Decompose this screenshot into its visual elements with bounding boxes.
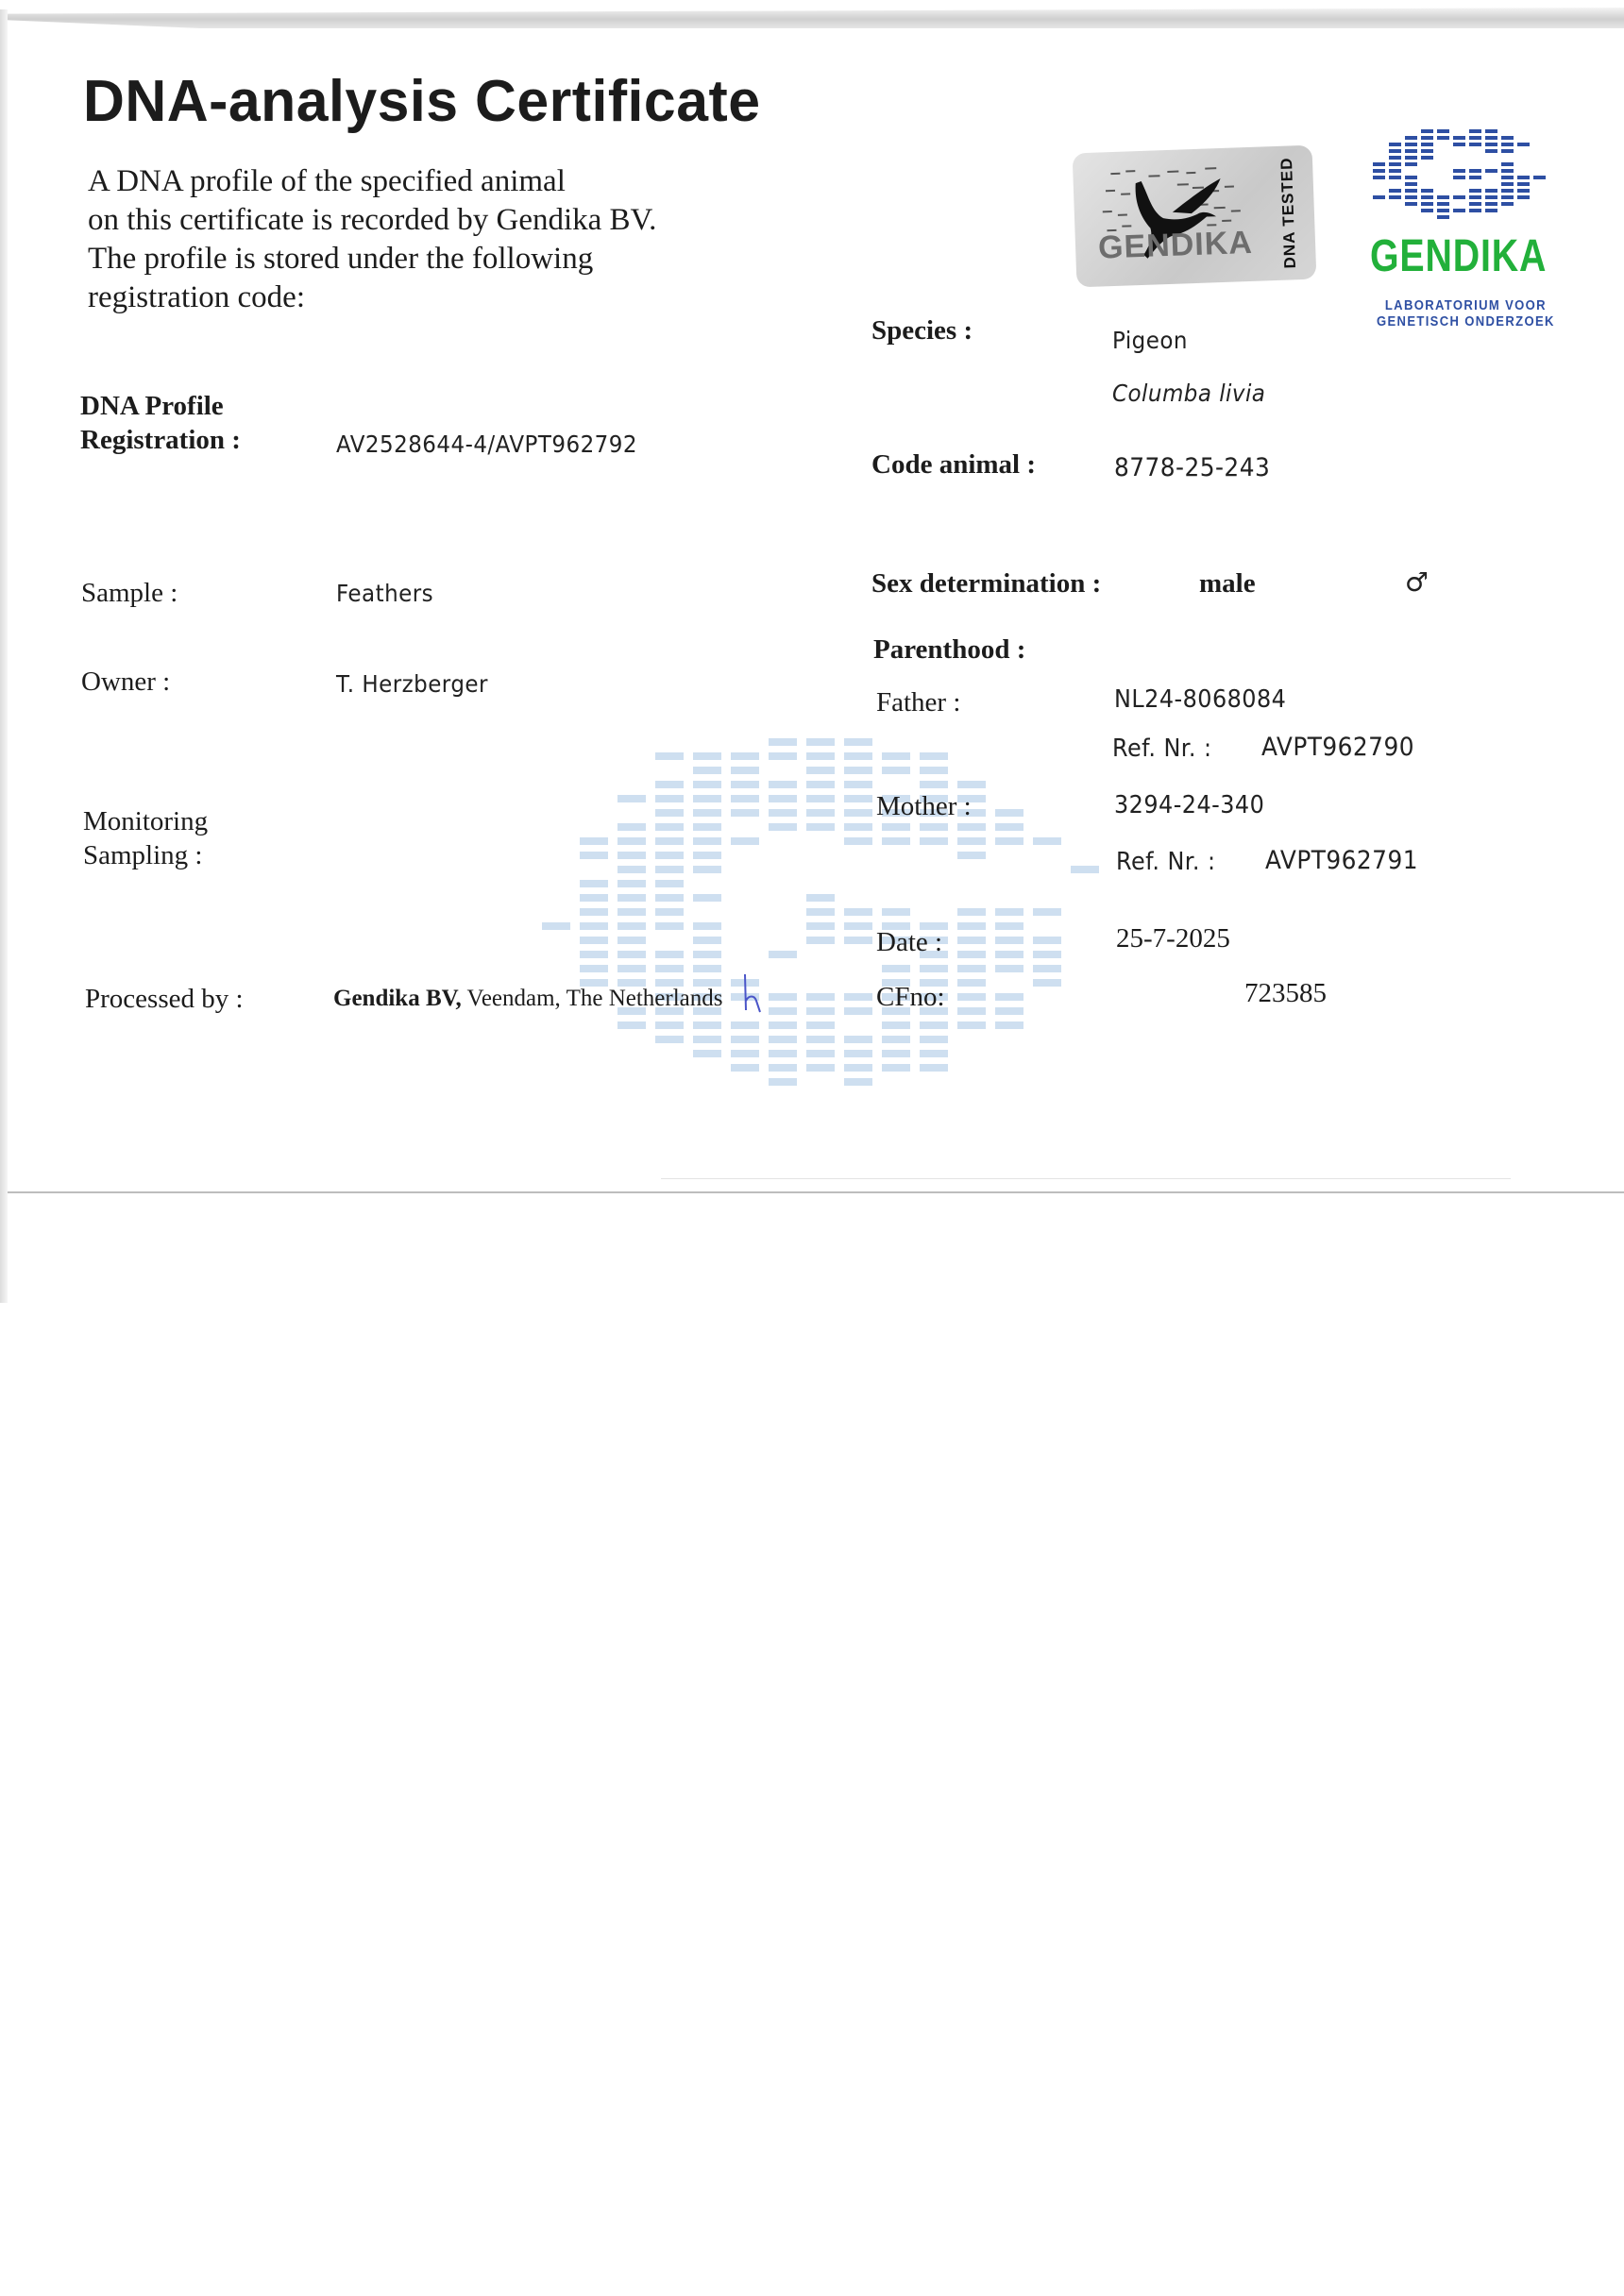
scan-line: [661, 1178, 1511, 1179]
date-value: 25-7-2025: [1116, 923, 1230, 954]
cfno-value: 723585: [1244, 978, 1327, 1009]
male-symbol-icon: ♂: [1405, 566, 1429, 598]
father-ref-value: AVPT962790: [1261, 733, 1414, 762]
certificate-title: DNA-analysis Certificate: [83, 68, 761, 135]
date-label: Date :: [876, 927, 942, 958]
intro-line: on this certificate is recorded by Gendi…: [88, 201, 749, 240]
father-value: NL24-8068084: [1114, 685, 1286, 714]
profile-label-line1: DNA Profile: [80, 391, 224, 422]
sex-value: male: [1199, 568, 1256, 599]
father-label: Father :: [876, 687, 960, 718]
mother-value: 3294-24-340: [1114, 791, 1264, 819]
mother-label: Mother :: [876, 791, 972, 822]
species-latin-value: Columba livia: [1112, 380, 1265, 407]
signature-mark-icon: [741, 972, 764, 1016]
cfno-label: CFno:: [876, 982, 945, 1013]
intro-line: registration code:: [88, 279, 749, 317]
intro-line: The profile is stored under the followin…: [88, 240, 749, 279]
certificate-card-edge: [8, 1191, 1624, 1193]
monitoring-label-line1: Monitoring: [83, 806, 208, 837]
sticker-brand: GENDIKA: [1097, 225, 1253, 267]
intro-line: A DNA profile of the specified animal: [88, 162, 749, 201]
parenthood-label: Parenthood :: [873, 634, 1025, 666]
sample-label: Sample :: [81, 578, 178, 609]
mother-ref-value: AVPT962791: [1265, 846, 1418, 875]
code-animal-label: Code animal :: [871, 449, 1036, 481]
mother-ref-label: Ref. Nr. :: [1116, 848, 1216, 876]
owner-value: T. Herzberger: [336, 670, 488, 698]
dna-tested-sticker: GENDIKA DNA TESTED: [1073, 145, 1317, 288]
logo-subtitle: LABORATORIUM VOOR GENETISCH ONDERZOEK: [1377, 298, 1555, 330]
species-label: Species :: [871, 315, 973, 346]
monitoring-label-line2: Sampling :: [83, 840, 202, 871]
profile-registration-value: AV2528644-4/AVPT962792: [336, 430, 637, 458]
owner-label: Owner :: [81, 667, 170, 698]
sticker-badge: DNA TESTED: [1273, 155, 1305, 271]
sex-label: Sex determination :: [871, 568, 1101, 599]
code-animal-value: 8778-25-243: [1114, 453, 1270, 482]
processed-label: Processed by :: [85, 984, 244, 1015]
profile-label-line2: Registration :: [80, 425, 241, 456]
processed-value: Gendika BV, Veendam, The Netherlands: [333, 986, 723, 1012]
gendika-watermark-icon: [538, 736, 1124, 1095]
scan-top-shadow: [6, 8, 1624, 28]
species-common-value: Pigeon: [1112, 327, 1188, 354]
scan-left-edge: [0, 9, 8, 1303]
sample-value: Feathers: [336, 580, 433, 607]
father-ref-label: Ref. Nr. :: [1112, 734, 1212, 763]
logo-name: GENDIKA: [1370, 230, 1547, 282]
certificate-intro: A DNA profile of the specified animal on…: [88, 162, 749, 317]
dna-band-logo-icon: [1367, 121, 1556, 225]
